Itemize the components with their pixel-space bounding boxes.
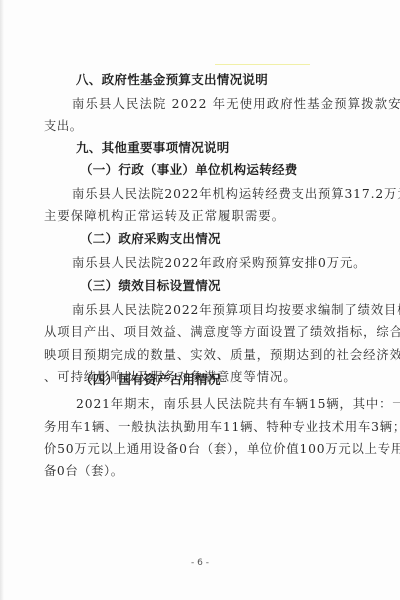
highlight-mark bbox=[215, 64, 310, 65]
section-8-paragraph-line-2: 支出。 bbox=[44, 118, 364, 134]
page-number: - 6 - bbox=[0, 558, 400, 568]
subsection-3-line-2: 从项目产出、项目效益、满意度等方面设置了绩效指标，综合反 bbox=[44, 324, 364, 340]
subsection-1-line-1: 南乐县人民法院2022年机构运转经费支出预算317.2万元， bbox=[72, 186, 392, 202]
subsection-3-line-1: 南乐县人民法院2022年预算项目均按要求编制了绩效目标， bbox=[72, 302, 392, 318]
subsection-4-heading: （四）国有资产占用情况 bbox=[80, 372, 400, 388]
subsection-4-line-4: 备0台（套）。 bbox=[44, 463, 364, 479]
subsection-2-heading: （二）政府采购支出情况 bbox=[80, 231, 400, 247]
subsection-1-heading: （一）行政（事业）单位机构运转经费 bbox=[80, 162, 400, 178]
document-page: 八、政府性基金预算支出情况说明 南乐县人民法院 2022 年无使用政府性基金预算… bbox=[0, 0, 400, 600]
subsection-2-line-1: 南乐县人民法院2022年政府采购预算安排0万元。 bbox=[72, 255, 392, 271]
subsection-4-line-1: 2021年期末，南乐县人民法院共有车辆15辆，其中：一般公 bbox=[76, 396, 396, 412]
section-8-paragraph-line-1: 南乐县人民法院 2022 年无使用政府性基金预算拨款安排的 bbox=[72, 96, 392, 112]
subsection-4-line-3: 价50万元以上通用设备0台（套），单位价值100万元以上专用设 bbox=[44, 441, 364, 457]
scan-edge-shadow bbox=[0, 0, 4, 600]
subsection-4-line-2: 务用车1辆、一般执法执勤用车11辆、特种专业技术用车3辆；单 bbox=[44, 419, 364, 435]
section-9-heading: 九、其他重要事项情况说明 bbox=[76, 140, 396, 156]
subsection-3-line-3: 映项目预期完成的数量、实效、质量，预期达到的社会经济效益 bbox=[44, 347, 364, 363]
section-8-heading: 八、政府性基金预算支出情况说明 bbox=[76, 72, 396, 88]
subsection-1-line-2: 主要保障机构正常运转及正常履职需要。 bbox=[44, 208, 364, 224]
subsection-3-heading: （三）绩效目标设置情况 bbox=[80, 278, 400, 294]
